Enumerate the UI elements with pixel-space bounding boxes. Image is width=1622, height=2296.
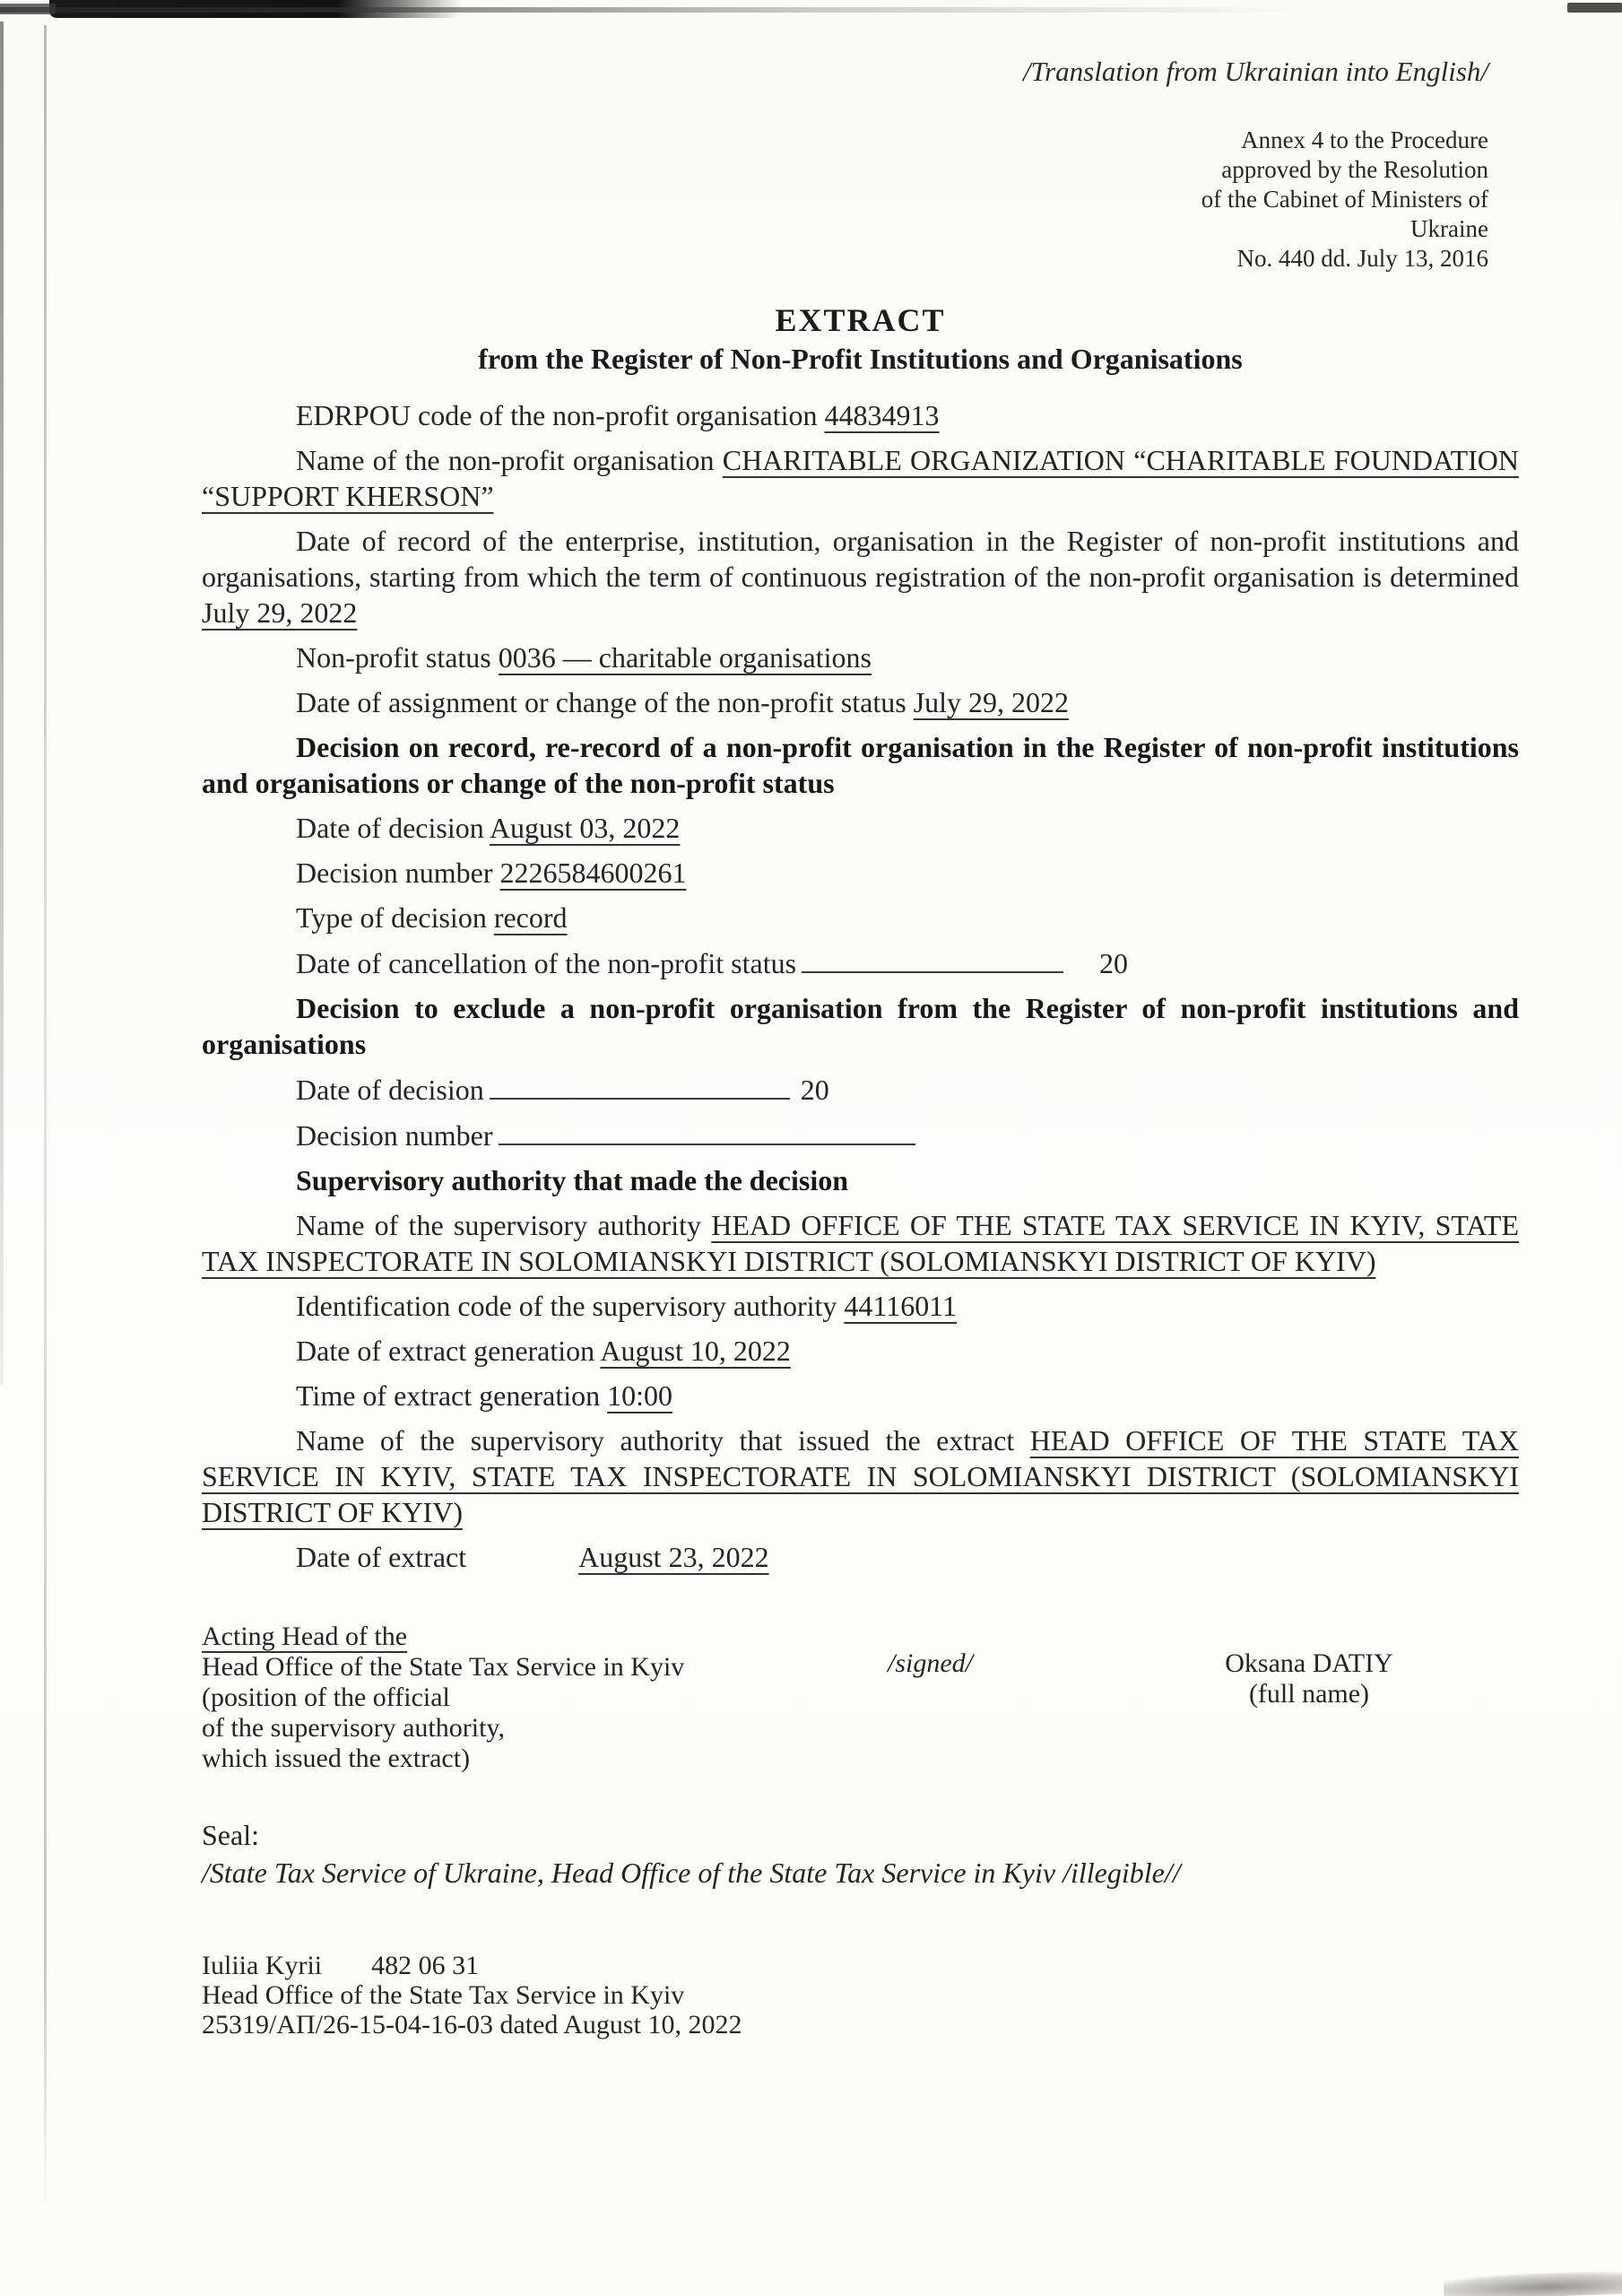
position-line: Acting Head of the: [202, 1622, 776, 1652]
document-body: EDRPOU code of the non-profit organisati…: [202, 397, 1519, 1575]
field-value: July 29, 2022: [202, 596, 357, 629]
field-label: Date of cancellation of the non-profit s…: [296, 947, 796, 979]
field-label: Type of decision: [296, 901, 487, 934]
field-label: Date of decision: [296, 812, 484, 844]
field-value: record: [494, 901, 568, 934]
heading-exclude-decision: Decision to exclude a non-profit organis…: [202, 990, 1519, 1062]
annex-reference: Annex 4 to the Procedure approved by the…: [202, 126, 1488, 274]
signed-mark: /signed/: [888, 1648, 973, 1679]
position-line: (position of the official: [202, 1683, 776, 1713]
annex-line: No. 440 dd. July 13, 2016: [202, 244, 1488, 274]
contact-footer: Iuliia Kyrii482 06 31 Head Office of the…: [202, 1951, 1519, 2039]
seal-block: Seal: /State Tax Service of Ukraine, Hea…: [202, 1816, 1519, 1892]
contact-office: Head Office of the State Tax Service in …: [202, 1980, 1519, 2010]
heading-record-decision: Decision on record, re-record of a non-p…: [202, 729, 1519, 801]
field-value: 10:00: [607, 1379, 672, 1412]
field-value: August 03, 2022: [490, 812, 680, 844]
field-edrpou-code: EDRPOU code of the non-profit organisati…: [202, 397, 1519, 433]
blank-underline: [490, 1071, 790, 1100]
contact-line: Iuliia Kyrii482 06 31: [202, 1951, 1519, 1980]
field-label: Name of the supervisory authority that i…: [296, 1424, 1014, 1457]
signatory-full-name: Oksana DATIY: [1184, 1648, 1435, 1679]
document-subtitle: from the Register of Non-Profit Institut…: [202, 340, 1519, 378]
field-supervisory-name: Name of the supervisory authority HEAD O…: [202, 1207, 1519, 1279]
annex-line: of the Cabinet of Ministers of: [202, 185, 1488, 214]
field-supervisory-code: Identification code of the supervisory a…: [202, 1288, 1519, 1324]
field-value: August 10, 2022: [600, 1335, 790, 1367]
field-label: Non-profit status: [296, 641, 491, 674]
field-suffix: 20: [1099, 947, 1128, 979]
seal-text: /State Tax Service of Ukraine, Head Offi…: [202, 1854, 1519, 1892]
contact-reference: 25319/АП/26-15-04-16-03 dated August 10,…: [202, 2010, 1519, 2039]
field-label: Date of assignment or change of the non-…: [296, 686, 906, 718]
position-line: Head Office of the State Tax Service in …: [202, 1652, 776, 1683]
field-value: 44116011: [844, 1290, 957, 1322]
contact-phone: 482 06 31: [371, 1951, 479, 1980]
scanned-document-page: /Translation from Ukrainian into English…: [0, 0, 1622, 2296]
translation-note: /Translation from Ukrainian into English…: [202, 56, 1488, 88]
field-label: Identification code of the supervisory a…: [296, 1290, 837, 1322]
field-organisation-name: Name of the non-profit organisation CHAR…: [202, 442, 1519, 514]
field-value: 44834913: [825, 399, 940, 431]
field-label: Name of the supervisory authority: [296, 1209, 701, 1241]
field-value: July 29, 2022: [914, 686, 1069, 718]
field-extract-date: Date of extractAugust 23, 2022: [202, 1539, 1519, 1575]
field-generation-time: Time of extract generation 10:00: [202, 1378, 1519, 1413]
field-suffix: 20: [801, 1074, 829, 1106]
signatory-position: Acting Head of the Head Office of the St…: [202, 1622, 776, 1774]
field-value: 2226584600261: [500, 857, 687, 889]
contact-name: Iuliia Kyrii: [202, 1951, 322, 1980]
full-name-caption: (full name): [1184, 1679, 1435, 1709]
document-content: /Translation from Ukrainian into English…: [0, 0, 1622, 2039]
field-label: Date of decision: [296, 1074, 484, 1106]
field-decision-number: Decision number 2226584600261: [202, 855, 1519, 891]
field-record-date: Date of record of the enterprise, instit…: [202, 523, 1519, 631]
field-label: Time of extract generation: [296, 1379, 600, 1412]
field-nonprofit-status: Non-profit status 0036 — charitable orga…: [202, 639, 1519, 675]
field-generation-date: Date of extract generation August 10, 20…: [202, 1333, 1519, 1369]
position-line: of the supervisory authority,: [202, 1713, 776, 1744]
field-decision-date: Date of decision August 03, 2022: [202, 810, 1519, 846]
document-title: EXTRACT: [202, 300, 1519, 340]
field-exclude-date: Date of decision20: [202, 1071, 1519, 1108]
field-label: Date of record of the enterprise, instit…: [202, 525, 1519, 593]
signatory-name-block: Oksana DATIY (full name): [1184, 1648, 1435, 1709]
annex-line: Ukraine: [202, 214, 1488, 244]
scan-artifact-bottom-smudge: [1444, 2268, 1622, 2296]
blank-underline: [802, 944, 1063, 973]
heading-supervisory-authority: Supervisory authority that made the deci…: [202, 1162, 1519, 1198]
field-value: 0036 — charitable organisations: [499, 641, 872, 674]
field-issuer-name: Name of the supervisory authority that i…: [202, 1422, 1519, 1530]
field-status-date: Date of assignment or change of the non-…: [202, 684, 1519, 720]
field-value: August 23, 2022: [578, 1541, 768, 1573]
field-label: Name of the non-profit organisation: [296, 444, 714, 476]
blank-underline: [499, 1117, 915, 1145]
signature-block: Acting Head of the Head Office of the St…: [202, 1622, 1519, 1776]
field-cancellation-date: Date of cancellation of the non-profit s…: [202, 944, 1519, 981]
position-line: which issued the extract): [202, 1744, 776, 1774]
field-label: Decision number: [296, 857, 493, 889]
field-label: Date of extract generation: [296, 1335, 594, 1367]
annex-line: Annex 4 to the Procedure: [202, 126, 1488, 155]
seal-label: Seal:: [202, 1816, 1519, 1854]
field-exclude-number: Decision number: [202, 1117, 1519, 1153]
field-label: Decision number: [296, 1119, 493, 1152]
field-decision-type: Type of decision record: [202, 900, 1519, 935]
field-label: EDRPOU code of the non-profit organisati…: [296, 399, 818, 431]
field-label: Date of extract: [296, 1541, 466, 1573]
annex-line: approved by the Resolution: [202, 155, 1488, 185]
